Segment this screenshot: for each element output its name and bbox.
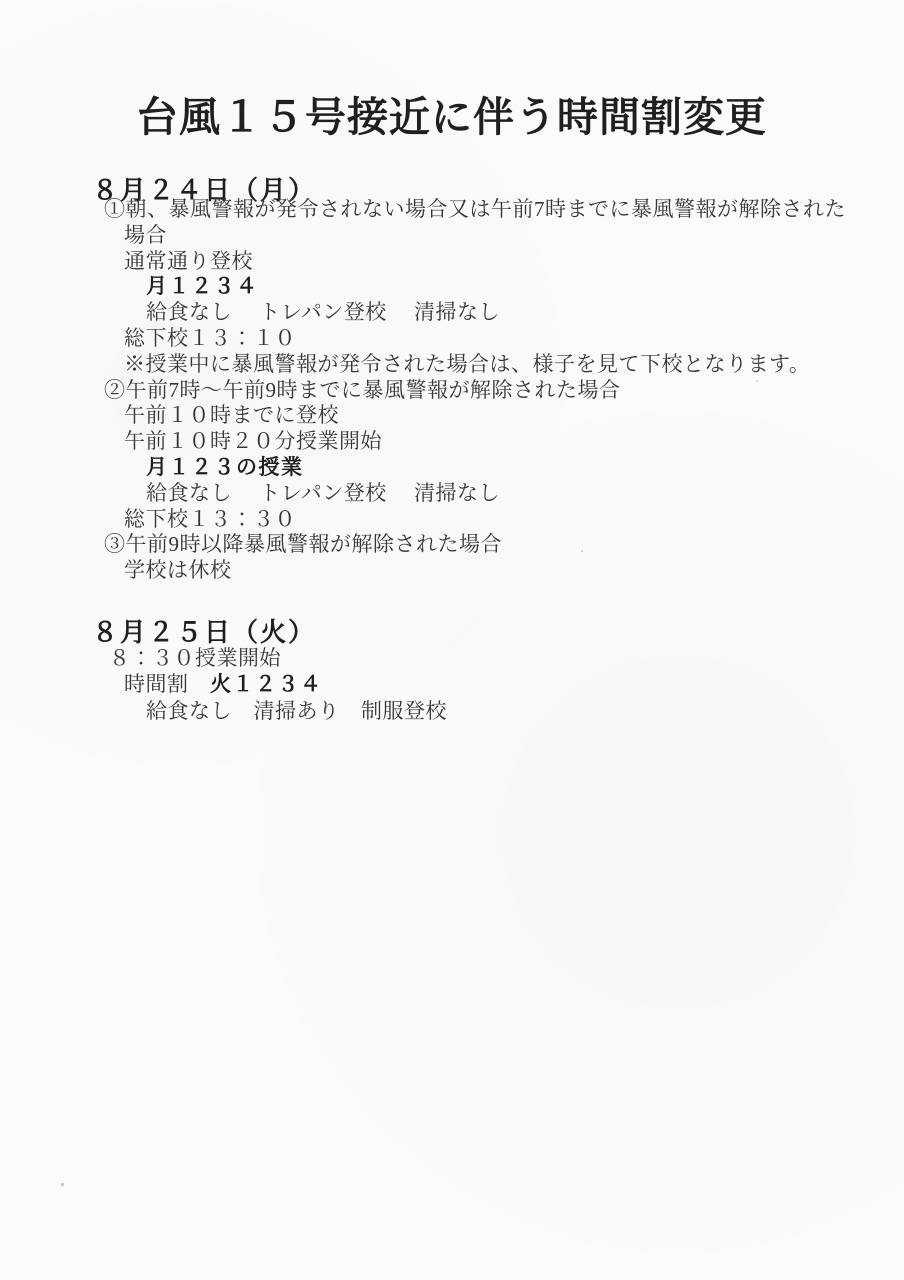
schedule-line-case3: ③午前9時以降暴風警報が解除された場合 [0, 532, 904, 558]
schedule-line-lunch-info-3: 給食なし 清掃あり 制服登校 [0, 698, 904, 724]
schedule-line-lunch-info-2: 給食なし トレパン登校 清掃なし [0, 481, 904, 507]
schedule-line-normal-attend: 通常通り登校 [0, 249, 904, 275]
schedule-line-timetable-tue1234: 時間割 火１２３４ [0, 671, 904, 698]
schedule-line-case2: ②午前7時～午前9時までに暴風警報が解除された場合 [0, 378, 904, 404]
timetable-label: 時間割 [124, 672, 210, 696]
schedule-line-case1-cont: 場合 [0, 223, 904, 249]
timetable-value: 火１２３４ [210, 673, 323, 696]
scanned-document-page: 台風１５号接近に伴う時間割変更 ８月２４日（月） ①朝、暴風警報が発令されない場… [0, 0, 904, 1280]
schedule-line-timetable-mon123: 月１２３の授業 [0, 455, 904, 481]
schedule-line-attend-by-10: 午前１０時までに登校 [0, 403, 904, 429]
scan-speck [581, 550, 583, 552]
schedule-line-class-start-1020: 午前１０時２０分授業開始 [0, 429, 904, 455]
schedule-line-case1: ①朝、暴風警報が発令されない場合又は午前7時までに暴風警報が解除された [0, 197, 904, 223]
document-title: 台風１５号接近に伴う時間割変更 [0, 84, 904, 143]
section-heading-aug25: ８月２５日（火） [92, 612, 316, 649]
schedule-line-dismissal-1310: 総下校１３：１０ [0, 326, 904, 352]
schedule-line-school-closed: 学校は休校 [0, 558, 904, 584]
schedule-line-timetable-mon1234: 月１２３４ [0, 274, 904, 300]
schedule-line-class-start-830: ８：３０授業開始 [0, 645, 904, 671]
schedule-line-lunch-info-1: 給食なし トレパン登校 清掃なし [0, 300, 904, 326]
scan-speck [61, 1183, 64, 1186]
scan-speck [756, 380, 758, 382]
schedule-line-warning-note: ※授業中に暴風警報が発令された場合は、様子を見て下校となります。 [0, 352, 904, 378]
schedule-line-dismissal-1330: 総下校１３：３０ [0, 507, 904, 533]
section-body-aug24: ①朝、暴風警報が発令されない場合又は午前7時までに暴風警報が解除された 場合 通… [0, 197, 904, 584]
section-body-aug25: ８：３０授業開始 時間割 火１２３４ 給食なし 清掃あり 制服登校 [0, 645, 904, 724]
